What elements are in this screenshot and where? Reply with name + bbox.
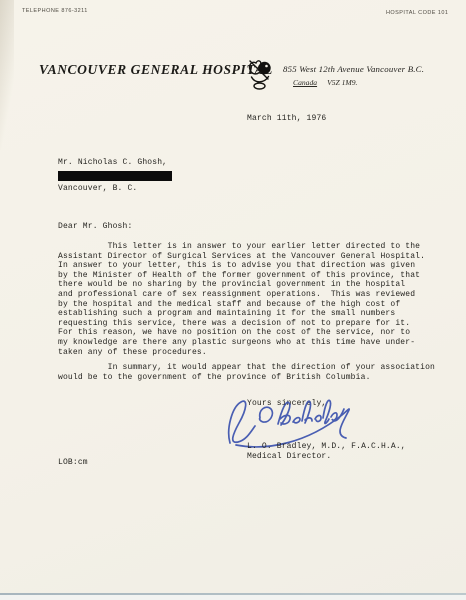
hospital-address: 855 West 12th Avenue Vancouver B.C. bbox=[283, 64, 424, 74]
signatory-title: Medical Director. bbox=[247, 452, 331, 462]
letter-date: March 11th, 1976 bbox=[247, 114, 326, 124]
country-label: Canada bbox=[293, 78, 317, 87]
reference-initials: LOB:cm bbox=[58, 458, 88, 468]
hospital-code-label: HOSPITAL CODE 101 bbox=[386, 10, 448, 16]
salutation: Dear Mr. Ghosh: bbox=[58, 222, 132, 232]
signatory-name: L. O. Bradley, M.D., F.A.C.H.A., bbox=[247, 442, 406, 452]
vgh-emblem-icon bbox=[247, 58, 273, 96]
telephone-label: TELEPHONE 876-3211 bbox=[22, 8, 88, 14]
body-paragraph-1: This letter is in answer to your earlier… bbox=[58, 242, 425, 357]
paper-corner-shading bbox=[0, 0, 14, 150]
redaction-bar bbox=[58, 171, 172, 181]
postal-code-label: V5Z 1M9. bbox=[327, 78, 357, 87]
scan-background-strip bbox=[0, 595, 466, 600]
closing-line: Yours sincerely, bbox=[247, 399, 326, 409]
recipient-city: Vancouver, B. C. bbox=[58, 184, 137, 194]
recipient-name: Mr. Nicholas C. Ghosh, bbox=[58, 158, 167, 168]
body-paragraph-2: In summary, it would appear that the dir… bbox=[58, 363, 435, 382]
letter-page: TELEPHONE 876-3211 HOSPITAL CODE 101 VAN… bbox=[0, 0, 466, 600]
hospital-address-country: CanadaV5Z 1M9. bbox=[293, 78, 357, 87]
hospital-name: VANCOUVER GENERAL HOSPITAL bbox=[39, 62, 273, 78]
